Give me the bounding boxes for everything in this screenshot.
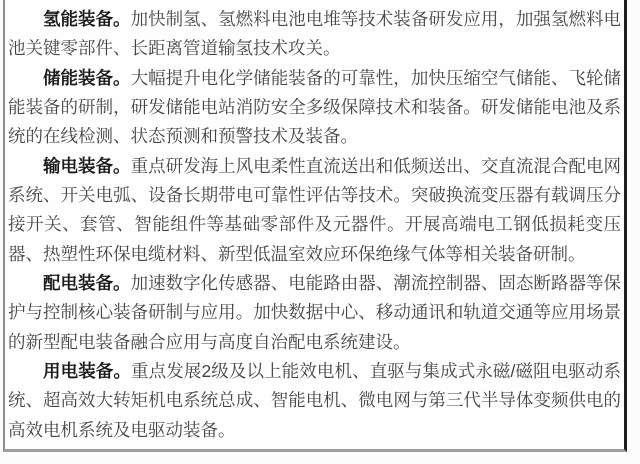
paragraph-power-consumption-equipment: 用电装备。重点发展2级及以上能效电机、直驱与集成式永磁/磁阻电驱动系统、超高效大… — [8, 357, 621, 445]
paragraph-term-power-consumption: 用电装备。 — [43, 361, 131, 381]
paragraph-power-transmission-equipment: 输电装备。重点研发海上风电柔性直流送出和低频送出、交直流混合配电网系统、开关电弧… — [8, 152, 621, 269]
paragraph-power-distribution-equipment: 配电装备。加速数字化传感器、电能路由器、潮流控制器、固态断路器等保护与控制核心装… — [8, 269, 621, 357]
paragraph-energy-storage-equipment: 储能装备。大幅提升电化学储能装备的可靠性，加快压缩空气储能、飞轮储能装备的研制，… — [8, 64, 621, 152]
paragraph-term-hydrogen: 氢能装备。 — [43, 9, 131, 29]
paragraph-hydrogen-equipment: 氢能装备。加快制氢、氢燃料电池电堆等技术装备研发应用，加强氢燃料电池关键零部件、… — [8, 5, 621, 64]
paragraph-term-energy-storage: 储能装备。 — [43, 68, 131, 88]
paragraph-term-power-transmission: 输电装备。 — [43, 156, 131, 176]
text-frame: 氢能装备。加快制氢、氢燃料电池电堆等技术装备研发应用，加强氢燃料电池关键零部件、… — [3, 0, 627, 452]
document-page: 氢能装备。加快制氢、氢燃料电池电堆等技术装备研发应用，加强氢燃料电池关键零部件、… — [0, 0, 640, 464]
paragraph-term-power-distribution: 配电装备。 — [43, 273, 131, 293]
